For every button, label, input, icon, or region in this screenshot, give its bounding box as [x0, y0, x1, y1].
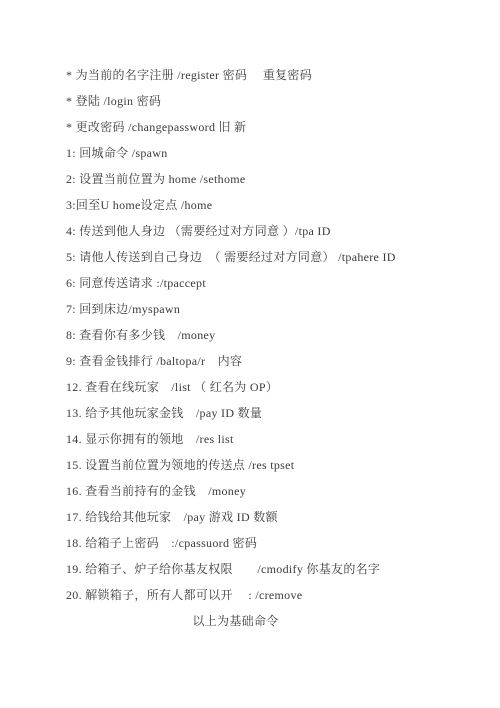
command-line: * 登陆 /login 密码 [66, 88, 460, 114]
command-line: 15. 设置当前位置为领地的传送点 /res tpset [66, 452, 460, 478]
command-line: 17. 给钱给其他玩家 /pay 游戏 ID 数额 [66, 504, 460, 530]
footer-note: 以上为基础命令 [66, 608, 405, 634]
command-line: 5: 请他人传送到自己身边 （ 需要经过对方同意） /tpahere ID [66, 244, 460, 270]
command-line: 16. 查看当前持有的金钱 /money [66, 478, 460, 504]
command-line: 9: 查看金钱排行 /baltopa/r 内容 [66, 348, 460, 374]
command-line: 2: 设置当前位置为 home /sethome [66, 166, 460, 192]
command-line: 14. 显示你拥有的领地 /res list [66, 426, 460, 452]
command-line: * 为当前的名字注册 /register 密码 重复密码 [66, 62, 460, 88]
command-line: 8: 查看你有多少钱 /money [66, 322, 460, 348]
command-line: 3:回至U home设定点 /home [66, 192, 460, 218]
command-line: 18. 给箱子上密码 :/cpassuord 密码 [66, 530, 460, 556]
document-page: * 为当前的名字注册 /register 密码 重复密码 * 登陆 /login… [0, 0, 500, 708]
command-line: * 更改密码 /changepassword 旧 新 [66, 114, 460, 140]
command-line: 4: 传送到他人身边 （需要经过对方同意 ）/tpa ID [66, 218, 460, 244]
command-line: 19. 给箱子、炉子给你基友权限 /cmodify 你基友的名字 [66, 556, 460, 582]
command-line: 7: 回到床边/myspawn [66, 296, 460, 322]
command-line: 1: 回城命令 /spawn [66, 140, 460, 166]
command-line: 20. 解锁箱子，所有人都可以开 : /cremove [66, 582, 460, 608]
command-line: 13. 给予其他玩家金钱 /pay ID 数量 [66, 400, 460, 426]
command-line: 12. 查看在线玩家 /list （ 红名为 OP） [66, 374, 460, 400]
command-line: 6: 同意传送请求 :/tpaccept [66, 270, 460, 296]
